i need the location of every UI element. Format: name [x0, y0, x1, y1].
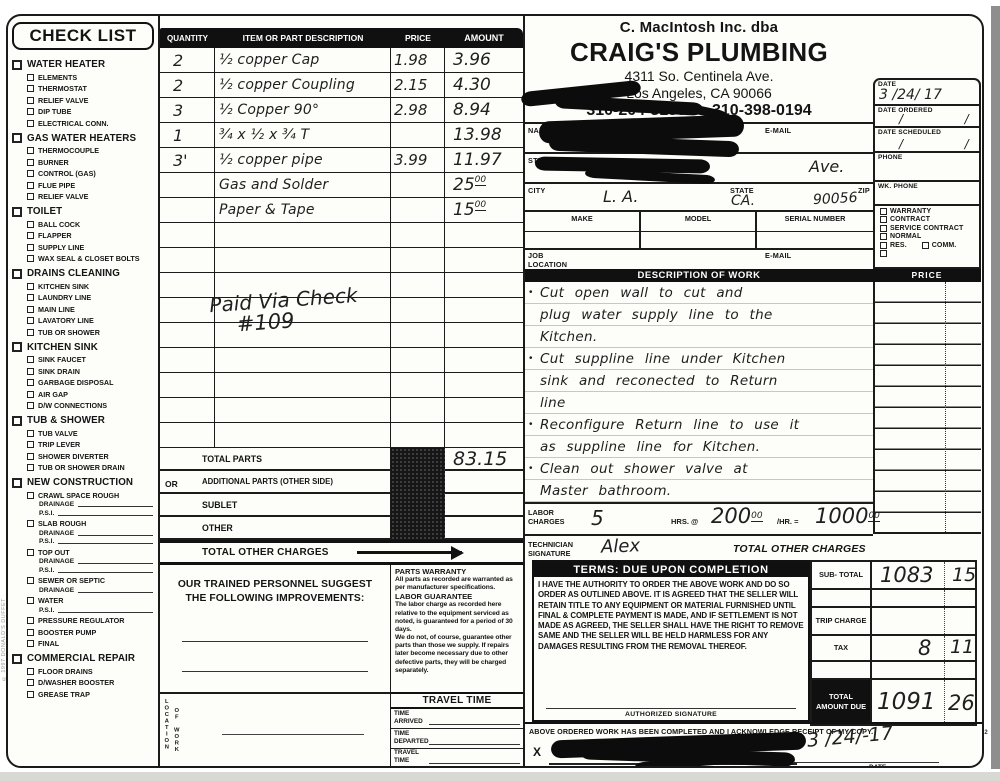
section-label: KITCHEN SINK	[27, 342, 98, 353]
parts-column: QUANTITY ITEM OR PART DESCRIPTION PRICE …	[160, 16, 525, 766]
wk-phone-label: WK. PHONE	[878, 183, 918, 190]
email-label: E-MAIL	[765, 126, 791, 135]
row-amount: 13.98	[453, 125, 502, 145]
bullet: •	[529, 287, 540, 298]
location-of-work-strip: LOCATION OF WORK	[160, 692, 391, 766]
city-value: L. A.	[603, 187, 638, 206]
item-checkbox	[27, 170, 34, 177]
work-line: • Cut suppline line under Kitchen	[525, 348, 873, 370]
description-of-work-header: DESCRIPTION OF WORK	[525, 269, 873, 282]
checklist-item: ELECTRICAL CONN.	[27, 119, 155, 128]
item-checkbox	[27, 232, 34, 239]
item-checkbox	[27, 391, 34, 398]
item-label: CONTROL (GAS)	[38, 169, 96, 178]
row-price: 2.15	[394, 76, 427, 94]
parts-warranty-text: All parts as recorded are warranted as p…	[395, 576, 520, 592]
work-line: as suppline line for Kitchen.	[525, 436, 873, 458]
item-checkbox	[27, 679, 34, 686]
section-checkbox	[12, 269, 22, 279]
date-box: DATE 3 /24/ 17	[873, 78, 981, 106]
item-checkbox	[27, 356, 34, 363]
item-checkbox	[27, 159, 34, 166]
parts-table-row: 2 ½ copper Cap 1.98 3.96	[160, 48, 523, 73]
service-type-option: NORMAL	[880, 233, 979, 240]
technician-signature-row: TECHNICIAN SIGNATURE Alex TOTAL OTHER CH…	[525, 534, 873, 560]
option-label: SERVICE CONTRACT	[890, 225, 963, 232]
row-amount: 3.96	[453, 50, 491, 70]
checklist-item: BALL COCK	[27, 220, 155, 229]
spacer-row	[810, 660, 977, 680]
row-quantity: 2	[173, 51, 183, 70]
item-label: CRAWL SPACE ROUGH	[38, 491, 119, 500]
item-checkbox	[27, 691, 34, 698]
row-description: ½ copper pipe	[219, 152, 323, 168]
row-amount: 8.94	[453, 100, 491, 120]
labor-hours: 5	[591, 506, 604, 530]
item-checkbox	[27, 453, 34, 460]
date-label: DATE	[869, 764, 886, 768]
checklist-item: SLAB ROUGH DRAINAGE	[27, 519, 155, 545]
tax-dollars: 8	[918, 636, 931, 660]
total-other-charges-row: TOTAL OTHER CHARGES	[160, 540, 523, 565]
subtotal-cents: 15	[952, 564, 976, 586]
additional-parts-label: ADDITIONAL PARTS (OTHER SIDE)	[160, 471, 391, 492]
option-label: NORMAL	[890, 233, 921, 240]
checklist-section-header: COMMERCIAL REPAIR	[12, 653, 155, 664]
row-description: Paper & Tape	[219, 202, 315, 218]
option-checkbox	[880, 216, 887, 223]
fill-in-line	[58, 543, 153, 544]
sublet-row: SUBLET	[160, 494, 523, 517]
total-parts-row: TOTAL PARTS 83.15	[160, 448, 523, 471]
labor-total: 100000	[815, 504, 880, 528]
item-checkbox	[27, 617, 34, 624]
checklist-item: RELIEF VALVE	[27, 192, 155, 201]
authorized-signature-line	[546, 708, 796, 709]
option-label: CONTRACT	[890, 216, 930, 223]
checklist-section-header: TOILET	[12, 206, 155, 217]
checklist-item: GARBAGE DISPOSAL	[27, 378, 155, 387]
work-line-text: Cut open wall to cut and	[540, 285, 743, 301]
parts-table-row	[160, 398, 523, 423]
checklist-item: TUB OR SHOWER	[27, 328, 155, 337]
checklist-body: WATER HEATER ELEMENTS	[8, 52, 158, 699]
fill-in-line	[78, 563, 153, 564]
item-label: LAVATORY LINE	[38, 316, 94, 325]
location-label: LOCATION	[163, 699, 169, 751]
totals-column: SUB- TOTAL 1083 15 TRIP CHARGE TAX	[810, 560, 977, 726]
item-label: FLAPPER	[38, 231, 72, 240]
row-amount: 15	[453, 200, 475, 220]
checklist-section-header: TUB & SHOWER	[12, 415, 155, 426]
item-label: KITCHEN SINK	[38, 282, 89, 291]
date-line	[793, 762, 939, 763]
item-label: AIR GAP	[38, 390, 68, 399]
date-scheduled-box: DATE SCHEDULED / /	[873, 126, 981, 153]
fill-in-line	[78, 535, 153, 536]
checklist-item: GREASE TRAP	[27, 690, 155, 699]
city-row: CITY L. A. STATE CA. ZIP 90056	[525, 182, 873, 210]
row-amount: 25	[453, 175, 475, 195]
spacer-row	[810, 588, 977, 608]
checklist-section: COMMERCIAL REPAIR FLOOR DRAINS	[12, 653, 155, 699]
comm-label: COMM.	[932, 242, 957, 249]
total-amount-due-row: TOTAL AMOUNT DUE 1091 26	[810, 678, 977, 726]
of-work-label: OF WORK	[173, 708, 179, 754]
item-label: TUB VALVE	[38, 429, 78, 438]
item-label: FLUE PIPE	[38, 181, 75, 190]
work-line-text: Reconfigure Return line to use it	[540, 417, 799, 433]
row-description: ¾ x ½ x ¾ T	[219, 127, 309, 143]
company-name: CRAIG'S PLUMBING	[525, 37, 873, 68]
redaction-scribble-price	[391, 448, 445, 540]
checklist-section: KITCHEN SINK SINK FAUCET	[12, 342, 155, 411]
work-line-text: sink and reconected to Return	[540, 373, 778, 389]
checklist-item: KITCHEN SINK	[27, 282, 155, 291]
fill-in-line	[429, 724, 520, 725]
parts-table-row: Gas and Solder 2500	[160, 173, 523, 198]
item-label: TUB OR SHOWER DRAIN	[38, 463, 125, 472]
suggestions-line2: THE FOLLOWING IMPROVEMENTS:	[160, 592, 390, 606]
row-quantity: 3'	[173, 151, 188, 170]
section-label: NEW CONSTRUCTION	[27, 477, 133, 488]
item-label: TUB OR SHOWER	[38, 328, 100, 337]
item-checkbox	[27, 441, 34, 448]
checklist-item: SINK DRAIN	[27, 367, 155, 376]
bullet: •	[529, 419, 540, 430]
checklist-item: FLAPPER	[27, 231, 155, 240]
row-description: ½ copper Cap	[219, 52, 320, 68]
checklist-item: SUPPLY LINE	[27, 243, 155, 252]
time-arrived-row: TIME ARRIVED	[391, 709, 523, 729]
row-amount: 11.97	[453, 150, 502, 170]
checklist-item: THERMOSTAT	[27, 84, 155, 93]
item-checkbox	[27, 182, 34, 189]
job-location-row: JOB LOCATION E-MAIL	[525, 248, 873, 269]
subtotal-dollars: 1083	[880, 563, 933, 587]
res-comm-option: RES. COMM.	[880, 242, 979, 249]
option-checkbox	[880, 225, 887, 232]
labor-rate: 20000	[711, 504, 763, 528]
tax-cents: 11	[950, 636, 974, 658]
row-quantity: 3	[173, 101, 183, 120]
res-label: RES.	[890, 242, 907, 249]
travel-time-block: TRAVEL TIME TIME ARRIVED TIME DEPARTED T…	[391, 692, 523, 766]
price-column-header: PRICE	[873, 269, 981, 282]
item-label: PRESSURE REGULATOR	[38, 616, 124, 625]
or-label: OR	[165, 479, 178, 489]
suggestions-line1: OUR TRAINED PERSONNEL SUGGEST	[160, 578, 390, 592]
tax-row: TAX 8 11	[810, 634, 977, 662]
subline-label: DRAINAGE	[39, 587, 74, 594]
item-label: FLOOR DRAINS	[38, 667, 93, 676]
item-checkbox	[27, 244, 34, 251]
make-label: MAKE	[525, 212, 641, 248]
work-line: Master bathroom.	[525, 480, 873, 502]
work-line: • Reconfigure Return line to use it	[525, 414, 873, 436]
item-checkbox	[27, 464, 34, 471]
fill-in-line	[182, 641, 368, 642]
row-description: ½ copper Coupling	[219, 77, 355, 93]
section-checkbox	[12, 654, 22, 664]
blank-option	[880, 250, 979, 257]
parts-table-rows: 2 ½ copper Cap 1.98 3.96 2 ½ copper Coup…	[160, 48, 523, 448]
parts-table-row	[160, 223, 523, 248]
checklist-item: ELEMENTS	[27, 73, 155, 82]
terms-box: TERMS: DUE UPON COMPLETION I HAVE THE AU…	[532, 560, 810, 722]
parts-table-row: 2 ½ copper Coupling 2.15 4.30	[160, 73, 523, 98]
subtotal-label: SUB- TOTAL	[812, 562, 872, 588]
date-value: 3 /24/ 17	[879, 87, 942, 103]
checklist-item: SINK FAUCET	[27, 355, 155, 364]
wk-phone-box: WK. PHONE	[873, 180, 981, 206]
subline-label: DRAINAGE	[39, 501, 74, 508]
total-other-charges-label: TOTAL OTHER CHARGES	[160, 547, 329, 558]
checklist-section: GAS WATER HEATERS THERMOCOUPLE	[12, 133, 155, 202]
bullet: •	[529, 463, 540, 474]
terms-header: TERMS: DUE UPON COMPLETION	[534, 562, 808, 577]
parts-table-row: 3' ½ copper pipe 3.99 11.97	[160, 148, 523, 173]
work-line: • Clean out shower valve at	[525, 458, 873, 480]
checklist-item: PRESSURE REGULATOR	[27, 616, 155, 625]
checklist-item: FLUE PIPE	[27, 181, 155, 190]
parts-table-row: 3 ½ Copper 90° 2.98 8.94	[160, 98, 523, 123]
work-line-text: Clean out shower valve at	[540, 461, 748, 477]
x-signature-label: X	[533, 745, 541, 759]
parts-totals: TOTAL PARTS 83.15 ADDITIONAL PARTS (OTHE…	[160, 448, 523, 540]
checklist-section-header: KITCHEN SINK	[12, 342, 155, 353]
total-amount-due-label: TOTAL AMOUNT DUE	[812, 680, 872, 724]
item-checkbox	[27, 97, 34, 104]
row-price: 2.98	[394, 101, 427, 119]
checklist-item: FLOOR DRAINS	[27, 667, 155, 676]
item-label: SEWER OR SEPTIC	[38, 576, 105, 585]
serial-number-label: SERIAL NUMBER	[757, 212, 873, 248]
email-label: E-MAIL	[765, 251, 791, 260]
arrow-right-icon	[357, 551, 462, 554]
phone-label: PHONE	[878, 154, 902, 161]
work-line: • Cut open wall to cut and	[525, 282, 873, 304]
subtotal-row: SUB- TOTAL 1083 15	[810, 560, 977, 590]
item-label: BALL COCK	[38, 220, 80, 229]
header-amount: AMOUNT	[445, 33, 523, 43]
warranty-text-block: PARTS WARRANTY All parts as recorded are…	[391, 565, 523, 692]
travel-time-row: TRAVEL TIME	[391, 749, 523, 767]
header-quantity: QUANTITY	[160, 34, 215, 43]
item-checkbox	[27, 147, 34, 154]
city-label: CITY	[528, 186, 545, 195]
item-checkbox	[27, 193, 34, 200]
item-checkbox	[27, 640, 34, 647]
tax-label: TAX	[812, 636, 872, 660]
service-type-box: WARRANTY CONTRACT SERVICE CONTRACT	[873, 204, 981, 269]
company-address: 4311 So. Centinela Ave.	[525, 68, 873, 85]
checklist-item: TOP OUT DRAINAGE	[27, 548, 155, 574]
checklist-item: TUB OR SHOWER DRAIN	[27, 463, 155, 472]
parts-table-row	[160, 373, 523, 398]
acknowledgement-row: ABOVE ORDERED WORK HAS BEEN COMPLETED AN…	[525, 722, 982, 766]
row-price: 3.99	[394, 151, 427, 169]
item-checkbox	[27, 329, 34, 336]
res-checkbox	[880, 242, 887, 249]
authorized-signature-label: AUTHORIZED SIGNATURE	[534, 711, 808, 718]
work-line: Kitchen.	[525, 326, 873, 348]
date-scheduled-label: DATE SCHEDULED	[878, 129, 941, 136]
labor-guarantee-text2: We do not, of course, guarantee other pa…	[395, 634, 520, 675]
per-hr-label: /HR. =	[777, 517, 798, 526]
item-label: BURNER	[38, 158, 69, 167]
item-label: D/W CONNECTIONS	[38, 401, 107, 410]
checklist-subline: DRAINAGE	[39, 501, 155, 508]
other-label: OTHER	[160, 517, 391, 538]
option-label: WARRANTY	[890, 208, 931, 215]
labor-guarantee-text: The labor charge as recorded here relati…	[395, 601, 520, 634]
section-label: TUB & SHOWER	[27, 415, 105, 426]
header-description: ITEM OR PART DESCRIPTION	[215, 33, 391, 43]
section-checkbox	[12, 342, 22, 352]
date-ordered-slashes: / /	[899, 112, 984, 126]
item-label: SLAB ROUGH	[38, 519, 86, 528]
invoice-form: CHECK LIST WATER HEATER	[6, 14, 984, 768]
checklist-item: BOOSTER PUMP	[27, 628, 155, 637]
item-label: SINK FAUCET	[38, 355, 86, 364]
time-departed-row: TIME DEPARTED	[391, 729, 523, 749]
checklist-title: CHECK LIST	[12, 22, 154, 50]
checklist-item: SEWER OR SEPTIC DRAINAGE	[27, 576, 155, 594]
checklist-item: LAUNDRY LINE	[27, 293, 155, 302]
item-checkbox	[27, 221, 34, 228]
checklist-section: NEW CONSTRUCTION CRAWL SPACE ROUGH	[12, 477, 155, 648]
checklist-section: WATER HEATER ELEMENTS	[12, 59, 155, 128]
header-price: PRICE	[391, 33, 445, 43]
fill-in-line	[58, 515, 153, 516]
subline-label: P.S.I.	[39, 567, 54, 574]
item-label: D/WASHER BOOSTER	[38, 678, 114, 687]
checklist-item: SHOWER DIVERTER	[27, 452, 155, 461]
row-quantity: 1	[173, 126, 183, 145]
checklist-subline: DRAINAGE	[39, 558, 155, 565]
technician-signature-label: TECHNICIAN SIGNATURE	[528, 540, 576, 558]
total-due-dollars: 1091	[877, 689, 936, 715]
section-label: DRAINS CLEANING	[27, 268, 120, 279]
checklist-section-header: WATER HEATER	[12, 59, 155, 70]
checklist-section-header: DRAINS CLEANING	[12, 268, 155, 279]
description-of-work-lines: • Cut open wall to cut and plug water su…	[525, 282, 873, 502]
item-label: WAX SEAL & CLOSET BOLTS	[38, 254, 140, 263]
scanner-edge-bottom	[0, 772, 1000, 781]
section-checkbox	[12, 207, 22, 217]
fill-in-line	[429, 763, 520, 764]
item-checkbox	[27, 379, 34, 386]
other-row: OTHER	[160, 517, 523, 540]
suggestions-box: OUR TRAINED PERSONNEL SUGGEST THE FOLLOW…	[160, 565, 391, 692]
option-checkbox	[880, 208, 887, 215]
checklist-item: MAIN LINE	[27, 305, 155, 314]
work-line-text: line	[540, 395, 566, 411]
labor-charges-row: LABOR CHARGES 5 HRS. @ 20000 /HR. = 1000…	[525, 502, 873, 534]
row-description: Gas and Solder	[219, 177, 328, 193]
checklist-item: LAVATORY LINE	[27, 316, 155, 325]
item-checkbox	[27, 294, 34, 301]
item-label: TOP OUT	[38, 548, 70, 557]
labor-guarantee-title: LABOR GUARANTEE	[395, 592, 520, 601]
checklist-item: CONTROL (GAS)	[27, 169, 155, 178]
item-label: ELEMENTS	[38, 73, 77, 82]
model-label: MODEL	[641, 212, 757, 248]
work-line-text: plug water supply line to the	[540, 307, 773, 323]
item-checkbox	[27, 577, 34, 584]
section-label: TOILET	[27, 206, 62, 217]
item-label: RELIEF VALVE	[38, 192, 88, 201]
work-line: line	[525, 392, 873, 414]
phone-box: PHONE	[873, 151, 981, 182]
subline-label: DRAINAGE	[39, 530, 74, 537]
item-label: MAIN LINE	[38, 305, 75, 314]
total-other-charges-label: TOTAL OTHER CHARGES	[733, 543, 866, 555]
work-line-text: as suppline line for Kitchen.	[540, 439, 760, 455]
checklist-section-header: NEW CONSTRUCTION	[12, 477, 155, 488]
checklist-item: TUB VALVE	[27, 429, 155, 438]
parts-table-row	[160, 248, 523, 273]
item-checkbox	[27, 402, 34, 409]
total-due-cents: 26	[948, 691, 975, 715]
checklist-item: CRAWL SPACE ROUGH DRAINAGE	[27, 491, 155, 517]
item-checkbox	[27, 108, 34, 115]
date-scheduled-slashes: / /	[899, 137, 984, 151]
item-checkbox	[27, 549, 34, 556]
parts-table-row: Paper & Tape 1500	[160, 198, 523, 223]
work-order-column: C. MacIntosh Inc. dba CRAIG'S PLUMBING 4…	[525, 16, 982, 766]
section-label: GAS WATER HEATERS	[27, 133, 136, 144]
fill-in-line	[182, 671, 368, 672]
scanner-edge-right	[991, 6, 1000, 769]
subline-label: P.S.I.	[39, 510, 54, 517]
zip-label: ZIP	[858, 186, 870, 195]
checklist-item: RELIEF VALVE	[27, 96, 155, 105]
section-label: WATER HEATER	[27, 59, 105, 70]
date-ordered-box: DATE ORDERED / /	[873, 104, 981, 128]
bullet: •	[529, 353, 540, 364]
work-line-text: Cut suppline line under Kitchen	[540, 351, 785, 367]
row-price: 1.98	[394, 51, 427, 69]
item-checkbox	[27, 306, 34, 313]
item-checkbox	[27, 668, 34, 675]
work-line: sink and reconected to Return	[525, 370, 873, 392]
checklist-item: THERMOCOUPLE	[27, 146, 155, 155]
sublet-label: SUBLET	[160, 494, 391, 515]
checklist-item: FINAL	[27, 639, 155, 648]
service-type-option: CONTRACT	[880, 216, 979, 223]
item-label: LAUNDRY LINE	[38, 293, 91, 302]
item-label: GREASE TRAP	[38, 690, 90, 699]
trip-charge-label: TRIP CHARGE	[812, 608, 872, 634]
checklist-subline: DRAINAGE	[39, 587, 155, 594]
item-checkbox	[27, 283, 34, 290]
item-checkbox	[27, 85, 34, 92]
checklist-section: TUB & SHOWER TUB VALVE	[12, 415, 155, 472]
price-column	[873, 282, 981, 534]
service-type-option: SERVICE CONTRACT	[880, 225, 979, 232]
checklist-section: TOILET BALL COCK	[12, 206, 155, 263]
parts-table-row	[160, 423, 523, 448]
fill-in-line	[58, 572, 153, 573]
row-amount: 4.30	[453, 75, 491, 95]
checklist-item: AIR GAP	[27, 390, 155, 399]
item-checkbox	[27, 629, 34, 636]
total-parts-label: TOTAL PARTS	[160, 448, 391, 469]
row-amount-cents: 00	[475, 200, 486, 211]
state-value: CA.	[731, 193, 755, 209]
